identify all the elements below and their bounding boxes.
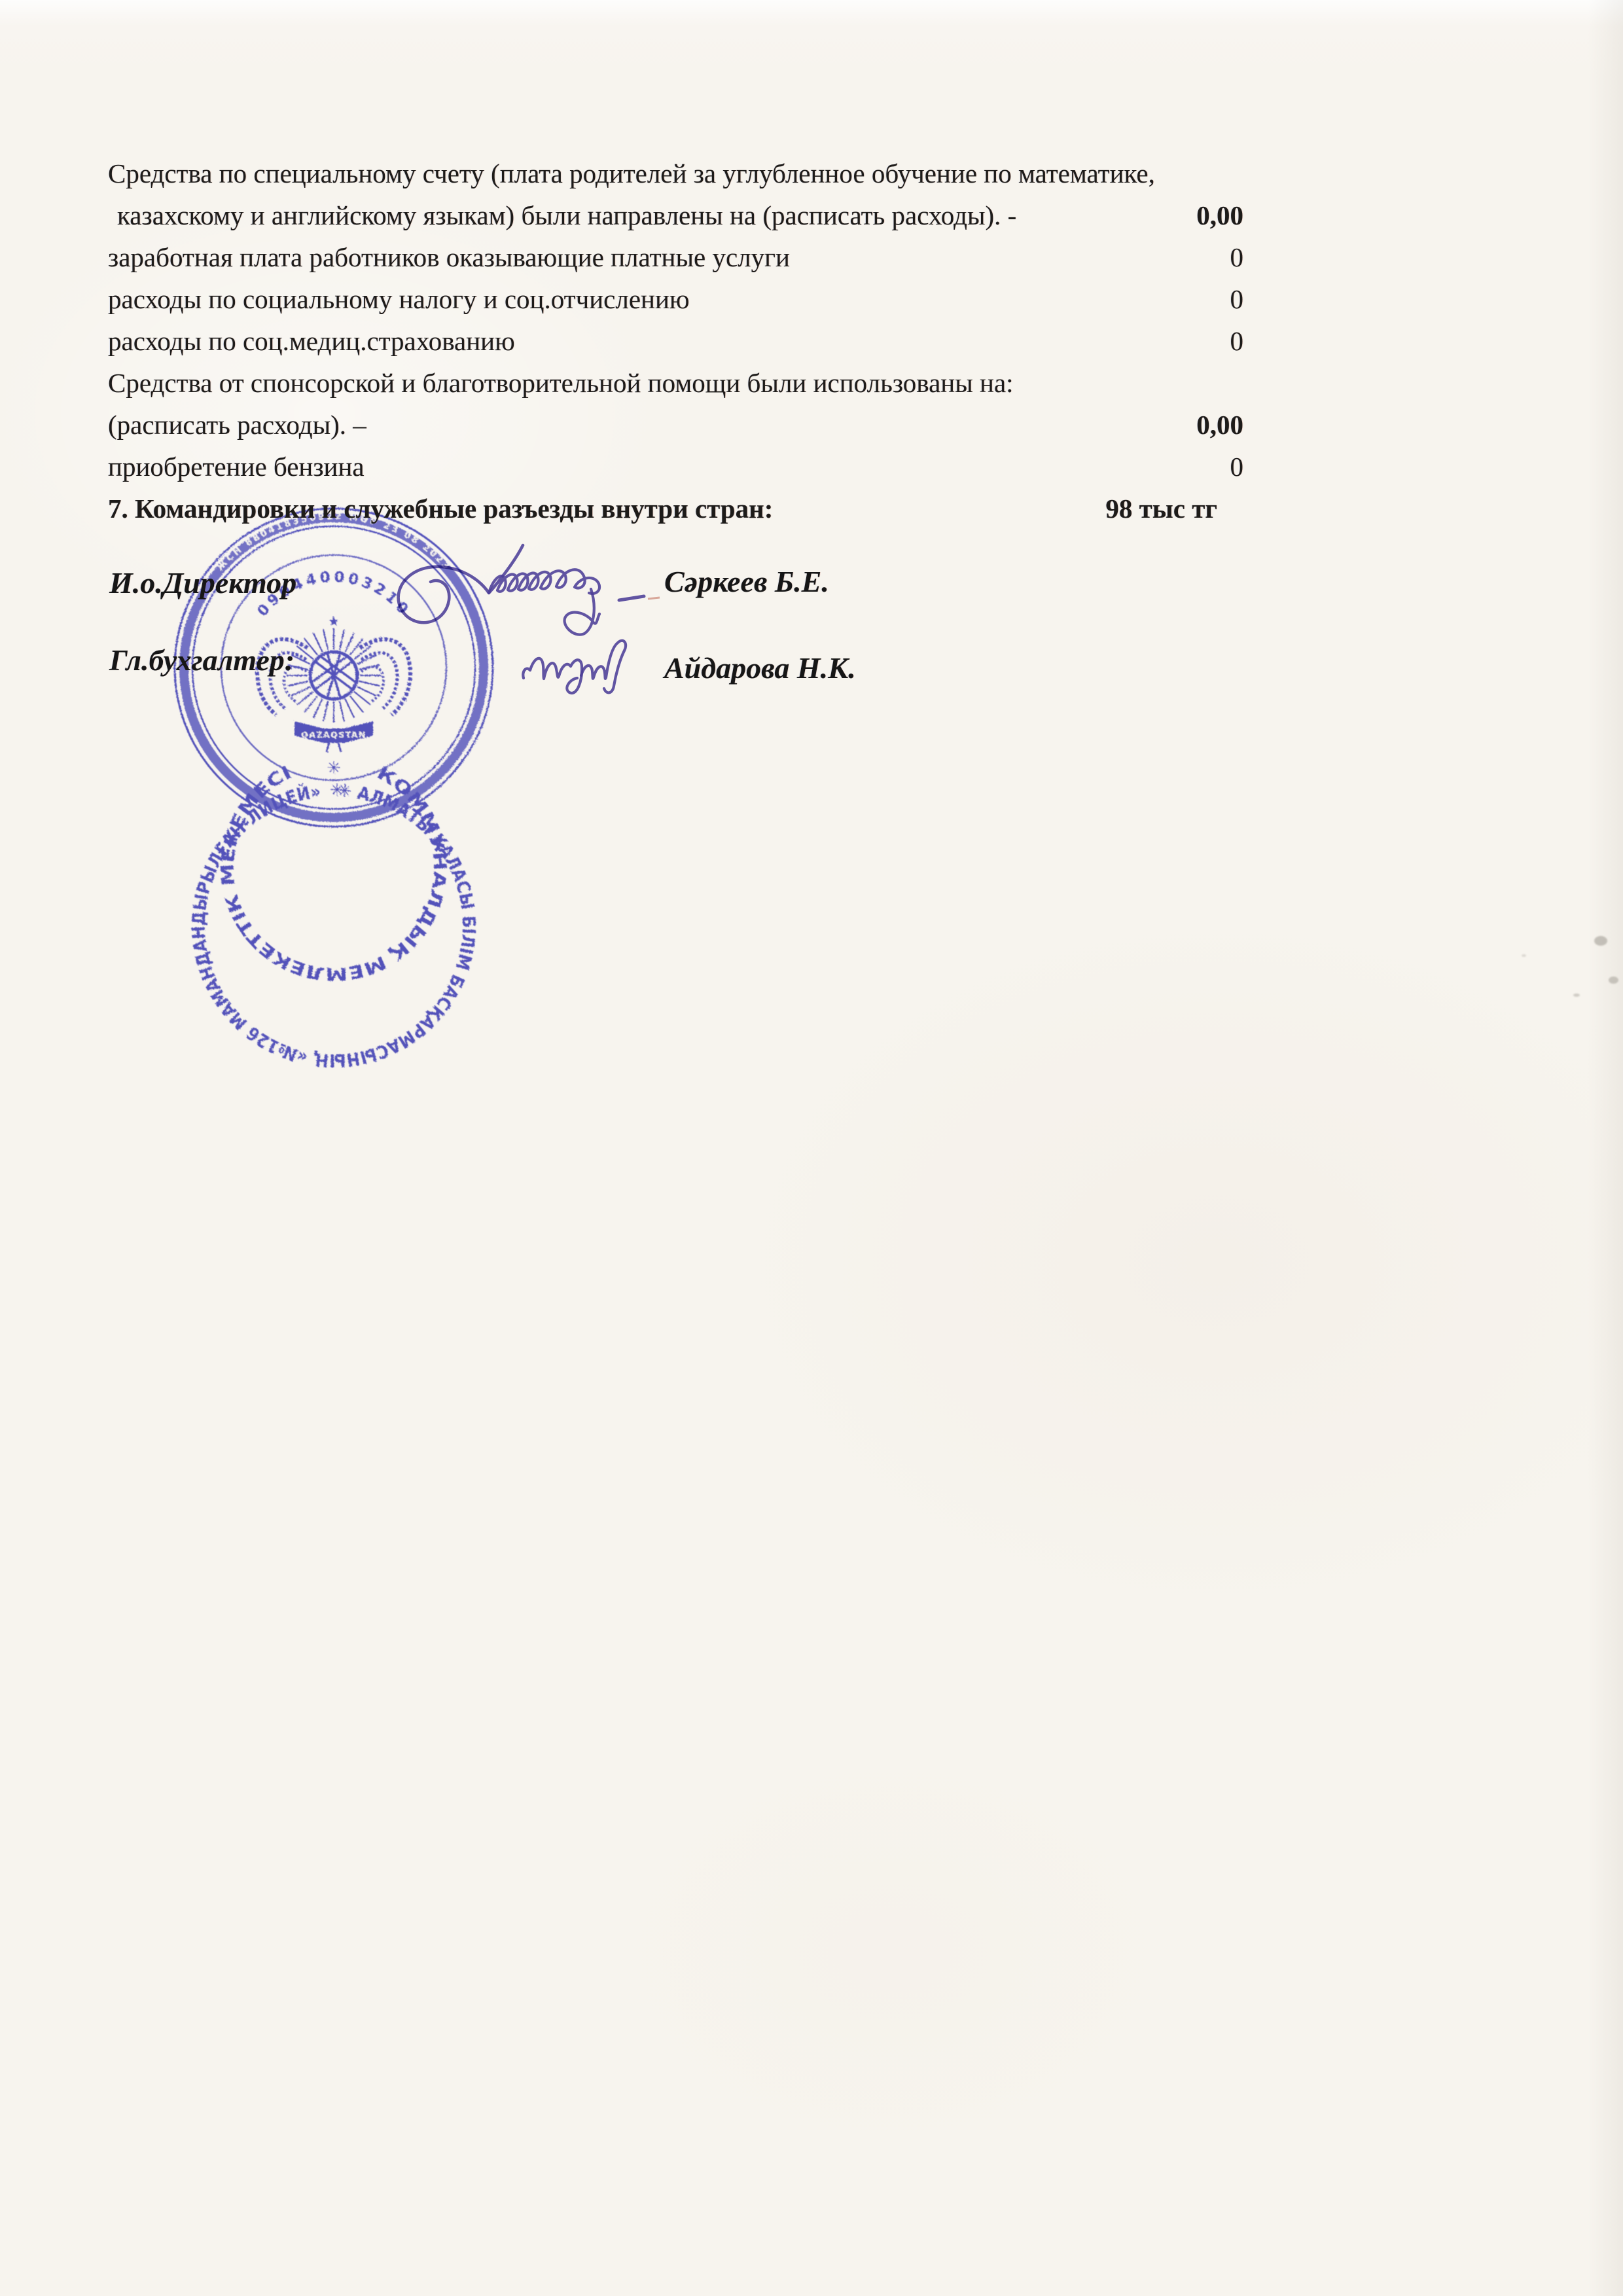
line-label: Средства от спонсорской и благотворитель… bbox=[108, 362, 1014, 404]
report-line: заработная плата работников оказывающие … bbox=[108, 236, 1243, 278]
scan-speck bbox=[1609, 977, 1618, 984]
signatures-layer bbox=[353, 511, 694, 720]
line-value: 98 тыс тг bbox=[773, 488, 1243, 529]
report-line: казахскому и английскому языкам) были на… bbox=[108, 194, 1243, 236]
faint-red-dash bbox=[648, 598, 660, 599]
line-label: Средства по специальному счету (плата ро… bbox=[108, 152, 1155, 194]
line-value: 0,00 bbox=[366, 404, 1243, 446]
scan-speck bbox=[1573, 994, 1580, 997]
report-line: расходы по социальному налогу и соц.отчи… bbox=[108, 278, 1243, 320]
report-line: приобретение бензина 0 bbox=[108, 446, 1243, 488]
line-value: 0 bbox=[515, 320, 1243, 362]
emblem-banner-text: QAZAQSTAN bbox=[301, 730, 366, 740]
line-label: приобретение бензина bbox=[108, 446, 365, 488]
line-label: заработная плата работников оказывающие … bbox=[108, 236, 790, 278]
director-signature bbox=[399, 545, 660, 635]
emblem-star-icon: ★ bbox=[328, 613, 340, 629]
line-value: 0 bbox=[690, 278, 1243, 320]
accountant-title: Гл.бухгалтер: bbox=[109, 645, 294, 675]
line-label: расходы по социальному налогу и соц.отчи… bbox=[108, 278, 690, 320]
line-label: расходы по соц.медиц.страхованию bbox=[108, 320, 515, 362]
line-label: казахскому и английскому языкам) были на… bbox=[108, 194, 1016, 236]
director-title: И.о.Директор bbox=[109, 568, 296, 598]
scan-speck bbox=[1522, 954, 1526, 957]
report-line: (расписать расходы). – 0,00 bbox=[108, 404, 1243, 446]
report-body: Средства по специальному счету (плата ро… bbox=[108, 152, 1243, 529]
seal-bottom-star: ✳ bbox=[327, 759, 341, 778]
emblem-tassels bbox=[327, 743, 341, 752]
line-value: 0 bbox=[365, 446, 1243, 488]
report-line: расходы по соц.медиц.страхованию 0 bbox=[108, 320, 1243, 362]
scan-edge-shadow bbox=[1588, 0, 1623, 2296]
seal-bottom-star: ✳ bbox=[330, 781, 344, 800]
line-value: 0 bbox=[790, 236, 1243, 278]
report-line: Средства от спонсорской и благотворитель… bbox=[108, 362, 1243, 404]
report-line: Средства по специальному счету (плата ро… bbox=[108, 152, 1243, 194]
emblem-shanyrak-lattice bbox=[312, 653, 355, 698]
line-label: (расписать расходы). – bbox=[108, 404, 366, 446]
scan-speck bbox=[1594, 936, 1607, 946]
line-value: 0,00 bbox=[1016, 194, 1243, 236]
signature-dash bbox=[619, 596, 644, 600]
accountant-signature bbox=[523, 641, 626, 693]
